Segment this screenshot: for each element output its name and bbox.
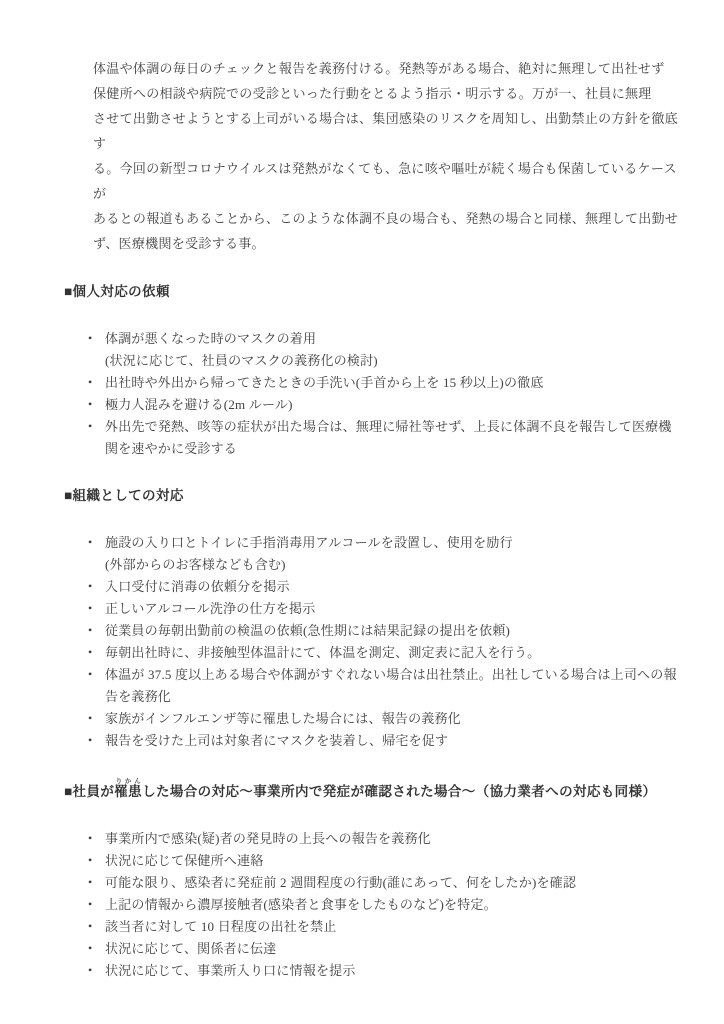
- document-page: 体温や体調の毎日のチェックと報告を義務付ける。発熱等がある場合、絶対に無理して出…: [0, 0, 724, 1024]
- bullet-icon: •: [88, 849, 92, 871]
- list-item: •該当者に対して 10 日程度の出社を禁止: [64, 916, 684, 938]
- list-item-text: 入口受付に消毒の依頼分を掲示: [105, 579, 290, 594]
- list-item-text: 家族がインフルエンザ等に罹患した場合には、報告の義務化: [105, 711, 461, 726]
- bullet-icon: •: [88, 937, 92, 959]
- bullet-icon: •: [88, 663, 92, 685]
- list-item-text: 体温が 37.5 度以上ある場合や体調がすぐれない場合は出社禁止。出社している場…: [105, 667, 677, 704]
- bullet-icon: •: [88, 729, 92, 751]
- section-heading-personal: ■個人対応の依頼: [64, 282, 684, 302]
- list-item-text: 正しいアルコール洗浄の仕方を掲示: [105, 601, 315, 616]
- bullet-icon: •: [88, 415, 92, 437]
- list-item-text: 出社時や外出から帰ってきたときの手洗い(手首から上を 15 秒以上)の徹底: [105, 375, 544, 390]
- list-item: •従業員の毎朝出勤前の検温の依頼(急性期には結果記録の提出を依頼): [64, 620, 684, 642]
- list-item-text: 可能な限り、感染者に発症前 2 週間程度の行動(誰にあって、何をしたか)を確認: [105, 875, 576, 890]
- list-item: •施設の入り口とトイレに手指消毒用アルコールを設置し、使用を励行 (外部からのお…: [64, 532, 684, 576]
- bullet-icon: •: [88, 531, 92, 553]
- list-item-text: 従業員の毎朝出勤前の検温の依頼(急性期には結果記録の提出を依頼): [105, 623, 510, 638]
- bullet-list-infection-case: •事業所内で感染(疑)者の発見時の上長への報告を義務化 •状況に応じて保健所へ連…: [64, 828, 684, 982]
- list-item: •体温が 37.5 度以上ある場合や体調がすぐれない場合は出社禁止。出社している…: [64, 664, 684, 708]
- list-item-text: 毎朝出社時に、非接触型体温計にて、体温を測定、測定表に記入を行う。: [105, 645, 540, 660]
- heading-ruby-base: 罹患: [114, 784, 142, 799]
- intro-paragraph: 体温や体調の毎日のチェックと報告を義務付ける。発熱等がある場合、絶対に無理して出…: [93, 56, 684, 256]
- list-item: •極力人混みを避ける(2m ルール): [64, 394, 684, 416]
- furigana-ruby: 罹患りかん: [114, 784, 142, 799]
- bullet-icon: •: [88, 827, 92, 849]
- list-item-text: 報告を受けた上司は対象者にマスクを装着し、帰宅を促す: [105, 733, 448, 748]
- bullet-icon: •: [88, 915, 92, 937]
- list-item-text: 体調が悪くなった時のマスクの着用 (状況に応じて、社員のマスクの義務化の検討): [105, 331, 378, 368]
- list-item-text: 施設の入り口とトイレに手指消毒用アルコールを設置し、使用を励行 (外部からのお客…: [105, 535, 513, 572]
- list-item: •上記の情報から濃厚接触者(感染者と食事をしたものなど)を特定。: [64, 894, 684, 916]
- bullet-icon: •: [88, 371, 92, 393]
- list-item: •報告を受けた上司は対象者にマスクを装着し、帰宅を促す: [64, 730, 684, 752]
- list-item-text: 外出先で発熱、咳等の症状が出た場合は、無理に帰社等せず、上長に体調不良を報告して…: [105, 419, 672, 456]
- bullet-icon: •: [88, 327, 92, 349]
- bullet-list-personal: •体調が悪くなった時のマスクの着用 (状況に応じて、社員のマスクの義務化の検討)…: [64, 328, 684, 460]
- list-item: •外出先で発熱、咳等の症状が出た場合は、無理に帰社等せず、上長に体調不良を報告し…: [64, 416, 684, 460]
- bullet-icon: •: [88, 871, 92, 893]
- list-item: •状況に応じて保健所へ連絡: [64, 850, 684, 872]
- bullet-list-organization: •施設の入り口とトイレに手指消毒用アルコールを設置し、使用を励行 (外部からのお…: [64, 532, 684, 752]
- bullet-icon: •: [88, 707, 92, 729]
- bullet-icon: •: [88, 893, 92, 915]
- list-item: •体調が悪くなった時のマスクの着用 (状況に応じて、社員のマスクの義務化の検討): [64, 328, 684, 372]
- list-item: •事業所内で感染(疑)者の発見時の上長への報告を義務化: [64, 828, 684, 850]
- list-item: •状況に応じて、関係者に伝達: [64, 938, 684, 960]
- list-item: •家族がインフルエンザ等に罹患した場合には、報告の義務化: [64, 708, 684, 730]
- furigana-text: りかん: [114, 778, 142, 785]
- list-item: •正しいアルコール洗浄の仕方を掲示: [64, 598, 684, 620]
- section-heading-organization: ■組織としての対応: [64, 486, 684, 506]
- list-item-text: 状況に応じて、事業所入り口に情報を提示: [105, 963, 356, 978]
- list-item: •出社時や外出から帰ってきたときの手洗い(手首から上を 15 秒以上)の徹底: [64, 372, 684, 394]
- list-item-text: 該当者に対して 10 日程度の出社を禁止: [105, 919, 337, 934]
- list-item: •状況に応じて、事業所入り口に情報を提示: [64, 960, 684, 982]
- list-item-text: 状況に応じて保健所へ連絡: [105, 853, 263, 868]
- bullet-icon: •: [88, 959, 92, 981]
- list-item-text: 極力人混みを避ける(2m ルール): [105, 397, 293, 412]
- list-item: •入口受付に消毒の依頼分を掲示: [64, 576, 684, 598]
- bullet-icon: •: [88, 575, 92, 597]
- heading-text-suffix: した場合の対応～事業所内で発症が確認された場合～（協力業者への対応も同様）: [142, 784, 656, 799]
- list-item-text: 事業所内で感染(疑)者の発見時の上長への報告を義務化: [105, 831, 431, 846]
- bullet-icon: •: [88, 641, 92, 663]
- bullet-icon: •: [88, 393, 92, 415]
- list-item-text: 上記の情報から濃厚接触者(感染者と食事をしたものなど)を特定。: [105, 897, 497, 912]
- list-item: •可能な限り、感染者に発症前 2 週間程度の行動(誰にあって、何をしたか)を確認: [64, 872, 684, 894]
- list-item: •毎朝出社時に、非接触型体温計にて、体温を測定、測定表に記入を行う。: [64, 642, 684, 664]
- section-heading-infection-case: ■社員が罹患りかんした場合の対応～事業所内で発症が確認された場合～（協力業者への…: [64, 778, 684, 802]
- bullet-icon: •: [88, 619, 92, 641]
- heading-text-prefix: ■社員が: [64, 784, 114, 799]
- list-item-text: 状況に応じて、関係者に伝達: [105, 941, 276, 956]
- bullet-icon: •: [88, 597, 92, 619]
